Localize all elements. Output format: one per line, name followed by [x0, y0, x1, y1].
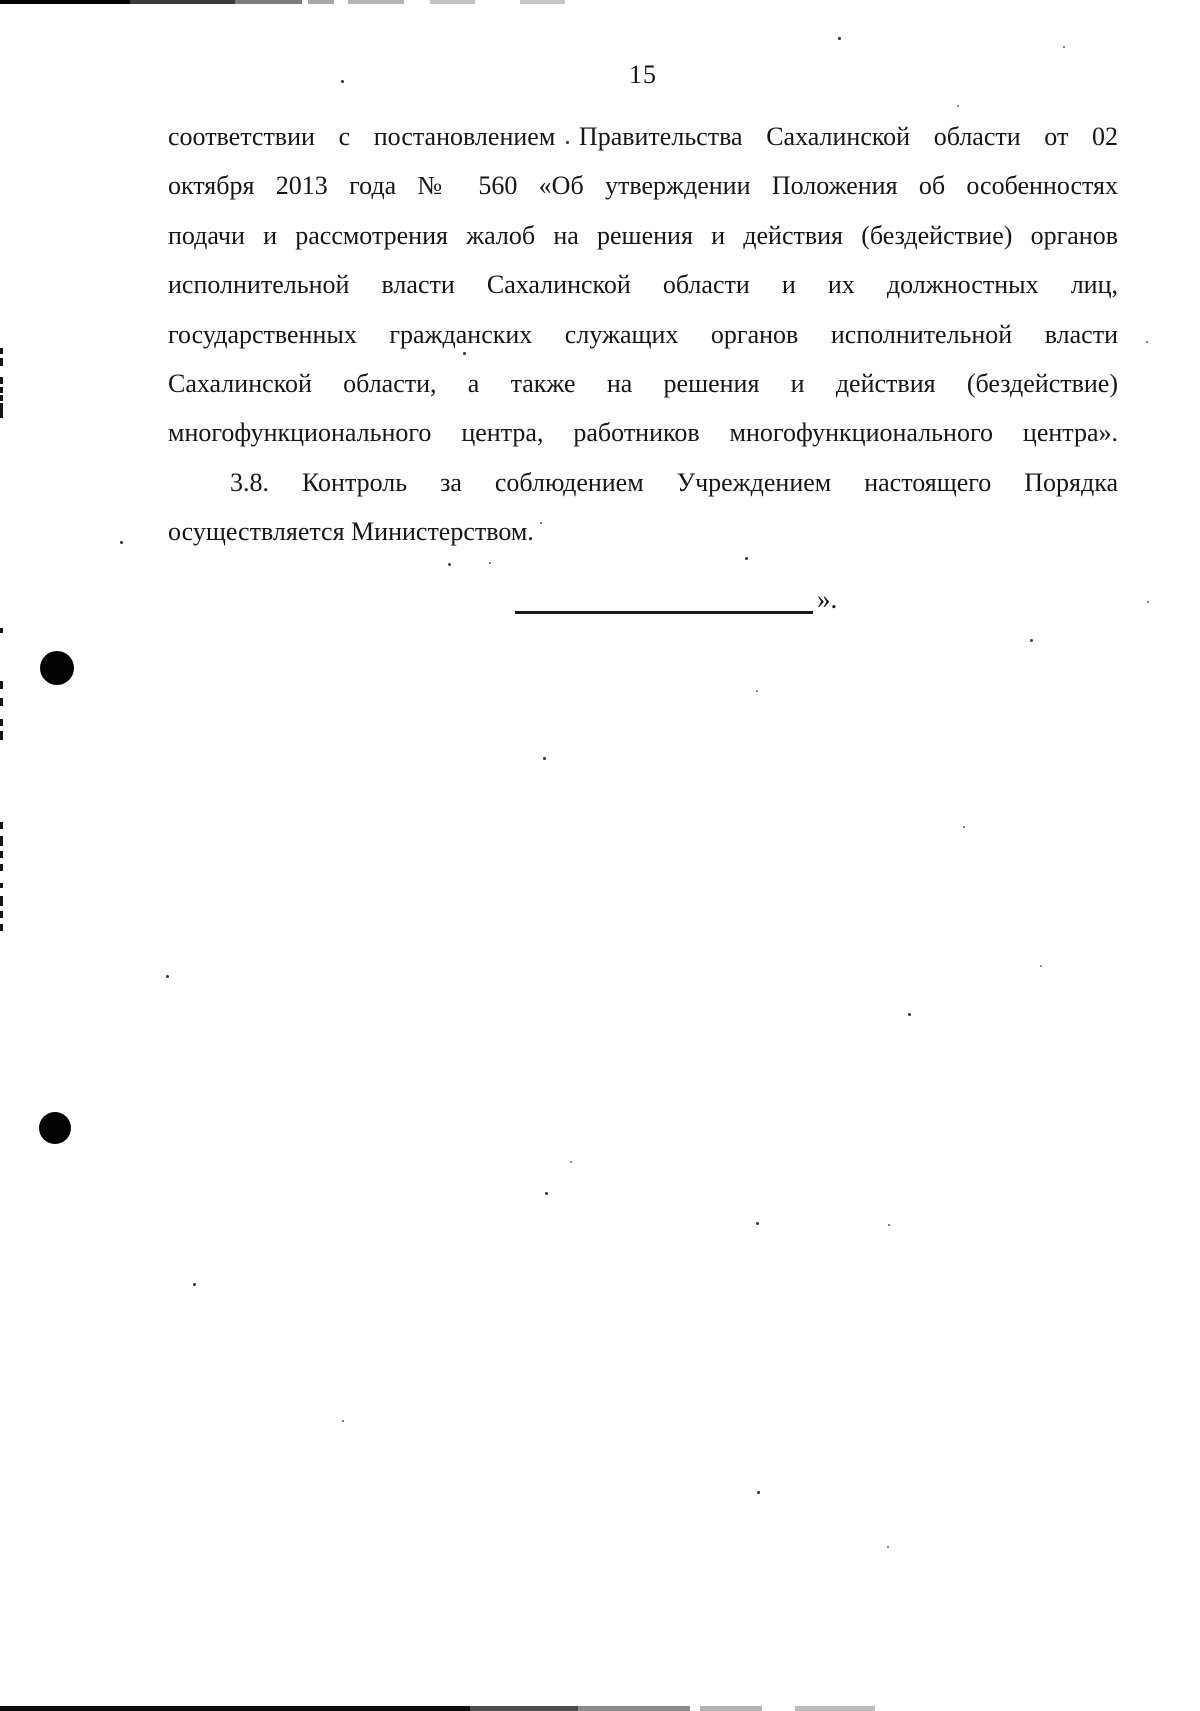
scan-speck	[957, 105, 959, 107]
clause-3-8-line: 3.8. Контроль за соблюдением Учреждением…	[168, 458, 1118, 507]
scan-speck	[448, 563, 451, 566]
scan-speck	[545, 1192, 548, 1195]
scan-speck	[1030, 639, 1033, 642]
scanned-document-page: 15 соответствии с постановлением Правите…	[0, 0, 1200, 1711]
scan-speck	[757, 1491, 760, 1494]
scan-edge-dash	[0, 358, 3, 366]
paragraph-continuation-line: октября 2013 года № 560 «Об утверждении …	[168, 161, 1118, 210]
scan-edge-dash	[0, 387, 3, 393]
scan-edge-dash	[0, 681, 3, 689]
paragraph-continuation-line: Сахалинской области, а также на решения …	[168, 359, 1118, 408]
scan-edge-dash	[0, 719, 3, 726]
scan-speck	[570, 1161, 572, 1163]
scan-artifact-top-bar	[430, 0, 475, 4]
scan-artifact-bottom-bar	[700, 1706, 762, 1711]
paragraph-continuation-line: подачи и рассмотрения жалоб на решения и…	[168, 211, 1118, 260]
scan-speck	[838, 37, 841, 40]
scan-speck	[193, 1283, 196, 1286]
scan-speck	[745, 557, 748, 560]
scan-speck	[756, 1222, 759, 1225]
scan-edge-dash	[0, 883, 3, 888]
scan-artifact-bottom-bar	[470, 1706, 578, 1711]
scan-edge-dash	[0, 628, 3, 633]
scan-artifact-top-bar	[235, 0, 302, 4]
scan-speck	[756, 690, 758, 692]
scan-speck	[342, 1420, 344, 1422]
scan-artifact-top-bar	[520, 0, 565, 4]
scan-edge-dash	[0, 731, 3, 740]
paragraph-continuation-line: исполнительной власти Сахалинской област…	[168, 260, 1118, 309]
scan-edge-dash	[0, 896, 3, 906]
scan-speck	[908, 1013, 911, 1016]
paragraph-continuation-line: многофункционального центра, работников …	[168, 408, 1118, 457]
paragraph-continuation-line: соответствии с постановлением Правительс…	[168, 112, 1118, 161]
scan-speck	[887, 1546, 889, 1548]
scan-edge-dash	[0, 698, 3, 706]
scan-edge-dash	[0, 377, 3, 384]
scan-speck	[1146, 341, 1148, 343]
closing-quote-mark: ».	[817, 584, 837, 615]
scan-speck	[489, 562, 491, 564]
scan-edge-dash	[0, 924, 3, 931]
scan-edge-dash	[0, 348, 3, 354]
page-number: 15	[168, 60, 1118, 90]
scan-artifact-top-bar	[130, 0, 235, 4]
scan-speck	[963, 826, 965, 828]
scan-speck	[166, 975, 169, 978]
scan-artifact-bottom-bar	[0, 1706, 470, 1711]
clause-3-8-line: осуществляется Министерством.	[168, 507, 1118, 556]
scan-edge-dash	[0, 911, 3, 918]
punch-hole-mark	[39, 1112, 71, 1144]
scan-edge-dash	[0, 851, 3, 858]
scan-speck	[888, 1224, 890, 1226]
scan-edge-dash	[0, 403, 3, 418]
scan-edge-dash	[0, 395, 3, 401]
scan-speck	[1147, 601, 1149, 603]
scan-artifact-top-bar	[308, 0, 334, 4]
scan-speck	[120, 541, 123, 544]
scan-edge-dash	[0, 836, 3, 846]
scan-artifact-top-bar	[348, 0, 404, 4]
scan-speck	[543, 757, 546, 760]
scan-speck	[1040, 965, 1042, 967]
paragraph-continuation-line: государственных гражданских служащих орг…	[168, 310, 1118, 359]
scan-speck	[1063, 46, 1065, 48]
scan-artifact-bottom-bar	[795, 1706, 875, 1711]
document-text-block: соответствии с постановлением Правительс…	[168, 112, 1118, 557]
blank-underline-rule	[515, 611, 813, 614]
scan-artifact-top-bar	[0, 0, 130, 4]
scan-edge-dash	[0, 864, 3, 871]
scan-artifact-bottom-bar	[578, 1706, 690, 1711]
punch-hole-mark	[40, 651, 74, 685]
scan-edge-dash	[0, 822, 3, 829]
